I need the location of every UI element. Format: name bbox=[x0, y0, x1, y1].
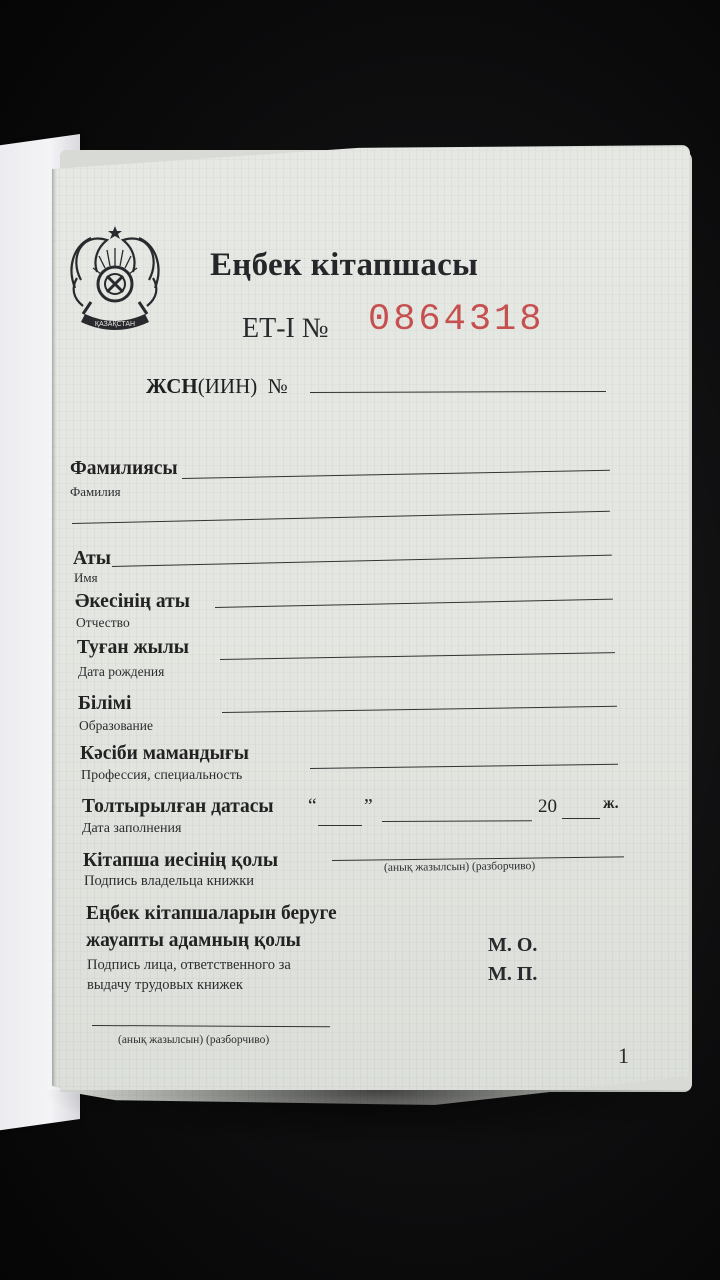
fill-date-label-kz: Толтырылған датасы bbox=[82, 796, 274, 818]
birth-date-label-ru: Дата рождения bbox=[78, 664, 164, 680]
owner-signature-label-kz: Кітапша иесінің қолы bbox=[83, 850, 278, 872]
year-prefix: 20 bbox=[538, 796, 557, 818]
education-label-ru: Образование bbox=[79, 718, 153, 734]
iin-number-sign: № bbox=[268, 374, 288, 398]
responsible-signature-label-kz-line1: Еңбек кітапшаларын беруге bbox=[86, 903, 337, 925]
profession-label-kz: Кәсіби мамандығы bbox=[80, 743, 249, 765]
responsible-signature-note: (анық жазылсын) (разборчиво) bbox=[118, 1034, 269, 1046]
serial-number: 0864318 bbox=[368, 299, 544, 341]
birth-date-label-kz: Туған жылы bbox=[77, 637, 189, 659]
iin-label-kz: ЖСН bbox=[146, 374, 198, 398]
svg-text:ҚАЗАҚСТАН: ҚАЗАҚСТАН bbox=[95, 321, 135, 328]
open-quote: “ bbox=[308, 796, 317, 818]
surname-label-kz: Фамилиясы bbox=[70, 458, 178, 480]
page-number: 1 bbox=[618, 1043, 629, 1069]
owner-signature-note: (анық жазылсын) (разборчиво) bbox=[384, 860, 535, 874]
surname-label-ru: Фамилия bbox=[70, 484, 121, 500]
name-label-ru: Имя bbox=[74, 570, 98, 586]
seal-place-ru: М. П. bbox=[488, 963, 537, 986]
responsible-signature-label-ru-line1: Подпись лица, ответственного за bbox=[87, 957, 291, 974]
series-label: ЕТ-І № bbox=[242, 313, 329, 345]
iin-label-ru: (ИИН) bbox=[198, 374, 257, 398]
fill-year-field[interactable] bbox=[562, 818, 600, 819]
patronymic-label-kz: Әкесінің аты bbox=[75, 591, 190, 613]
document-title: Еңбек кітапшасы bbox=[210, 247, 478, 284]
responsible-signature-label-kz-line2: жауапты адамның қолы bbox=[86, 930, 301, 952]
close-quote: ” bbox=[364, 796, 373, 818]
year-suffix: ж. bbox=[603, 795, 619, 813]
fill-day-field[interactable] bbox=[318, 825, 362, 826]
iin-label: ЖСН(ИИН) № bbox=[146, 374, 288, 399]
owner-signature-label-ru: Подпись владельца книжки bbox=[84, 873, 254, 890]
name-label-kz: Аты bbox=[73, 548, 111, 570]
responsible-signature-label-ru-line2: выдачу трудовых книжек bbox=[87, 977, 243, 994]
patronymic-label-ru: Отчество bbox=[76, 615, 130, 631]
education-label-kz: Білімі bbox=[78, 693, 131, 715]
kazakhstan-state-emblem-icon: ҚАЗАҚСТАН bbox=[63, 218, 167, 338]
page-shadow bbox=[40, 1090, 720, 1150]
seal-place-kz: М. О. bbox=[488, 934, 537, 957]
fill-date-label-ru: Дата заполнения bbox=[82, 821, 181, 837]
profession-label-ru: Профессия, специальность bbox=[81, 768, 242, 784]
